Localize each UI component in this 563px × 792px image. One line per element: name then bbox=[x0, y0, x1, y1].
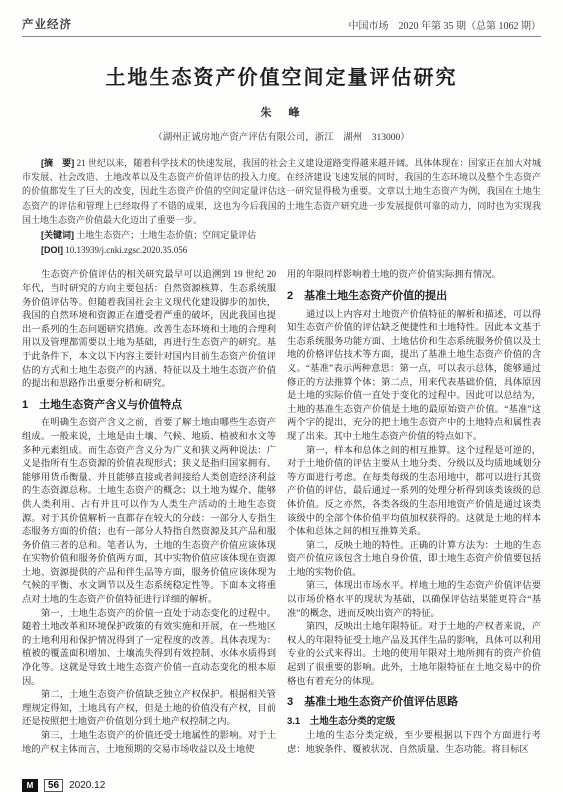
section-1-paragraph: 在明确生态资产含义之前，首要了解土地由哪些生态资产组成。一般来说，土地是由土壤、… bbox=[22, 417, 276, 607]
abstract: [摘 要] 21 世纪以来，随着科学技术的快速发展，我国的社会主义建设道路变得越… bbox=[22, 156, 541, 227]
section-2-heading: 2 基准土地生态资产价值的提出 bbox=[287, 290, 541, 304]
point-4-paragraph: 第四，反映出土地年限特征。对于土地的产权者来说，产权人的年限特征受土地产品及其伴… bbox=[287, 621, 541, 689]
doi: [DOI] 10.13939/j.cnki.zgsc.2020.35.056 bbox=[22, 243, 541, 257]
left-column: 生态资产价值评估的相关研究最早可以追溯到 19 世纪 20 年代，当时研究的方向… bbox=[22, 269, 276, 785]
keywords-label: [关键词] bbox=[41, 230, 74, 240]
footer-date: 2020.12 bbox=[69, 780, 105, 791]
abstract-label: [摘 要] bbox=[41, 158, 74, 168]
keywords-text: 土地生态资产；土地生态价值；空间定量评估 bbox=[76, 230, 256, 240]
section-3-heading: 3 基准土地生态资产价值评估思路 bbox=[287, 696, 541, 710]
section-3-1-paragraph: 土地的生态分类定级，至少要根据以下四个方面进行考虑：地貌条件、覆被状况、自然质量… bbox=[287, 730, 541, 757]
section-2-paragraph: 通过以上内容对土地资产价值特征的解析和描述，可以得知生态资产价值的评估缺乏便捷性… bbox=[287, 309, 541, 445]
intro-paragraph: 生态资产价值评估的相关研究最早可以追溯到 19 世纪 20 年代，当时研究的方向… bbox=[22, 269, 276, 391]
continuation-paragraph: 用的年限同样影响着土地的资产价值实际拥有情况。 bbox=[287, 269, 541, 283]
column-section-label: 产业经济 bbox=[22, 16, 72, 32]
body-columns: 生态资产价值评估的相关研究最早可以追溯到 19 世纪 20 年代，当时研究的方向… bbox=[22, 269, 541, 785]
page-footer: M 56 2020.12 bbox=[22, 779, 105, 792]
journal-logo: M bbox=[22, 779, 38, 792]
journal-issue-info: 中国市场2020 年第 35 期（总第 1062 期） bbox=[349, 17, 542, 32]
section-1-heading: 1 土地生态资产含义与价值特点 bbox=[22, 399, 276, 413]
page-number: 56 bbox=[44, 779, 63, 792]
feature-3-paragraph: 第三，土地生态资产的价值还受土地属性的影响。对于土地的产权主体而言，土地预期的交… bbox=[22, 730, 276, 757]
point-2-paragraph: 第二，反映土地的特性。正确的计算方法为：土地的生态资产价值应该包含土地自身价值，… bbox=[287, 540, 541, 581]
feature-1-paragraph: 第一，土地生态资产的价值一直处于动态变化的过程中。随着土地改革和环境保护政策的有… bbox=[22, 608, 276, 690]
feature-2-paragraph: 第二，土地生态资产价值缺乏独立产权保护。根据相关管理规定得知，土地具有产权，但是… bbox=[22, 689, 276, 730]
article-title: 土地生态资产价值空间定量评估研究 bbox=[22, 61, 541, 90]
journal-logo-letter: M bbox=[27, 781, 34, 790]
author-affiliation: （湖州正诚房地产资产评估有限公司，浙江 湖州 313000） bbox=[22, 129, 541, 143]
doi-text: 10.13939/j.cnki.zgsc.2020.35.056 bbox=[65, 245, 187, 255]
paper-page: 产业经济 中国市场2020 年第 35 期（总第 1062 期） 土地生态资产价… bbox=[0, 0, 563, 792]
keywords: [关键词] 土地生态资产；土地生态价值；空间定量评估 bbox=[22, 228, 541, 242]
journal-name: 中国市场 bbox=[349, 21, 389, 32]
issue-number: 2020 年第 35 期（总第 1062 期） bbox=[399, 21, 542, 32]
author-name: 朱 峰 bbox=[22, 104, 541, 120]
doi-label: [DOI] bbox=[41, 245, 63, 255]
running-head: 产业经济 中国市场2020 年第 35 期（总第 1062 期） bbox=[22, 16, 541, 37]
article-meta: [摘 要] 21 世纪以来，随着科学技术的快速发展，我国的社会主义建设道路变得越… bbox=[22, 156, 541, 257]
right-column: 用的年限同样影响着土地的资产价值实际拥有情况。 2 基准土地生态资产价值的提出 … bbox=[287, 269, 541, 785]
abstract-text: 21 世纪以来，随着科学技术的快速发展，我国的社会主义建设道路变得越来越开阔。具… bbox=[22, 158, 541, 225]
point-1-paragraph: 第一，样本和总体之间的相互推算。这个过程是可逆的，对于土地价值的评估主要从土地分… bbox=[287, 445, 541, 540]
point-3-paragraph: 第三，体现出市场水平。样地土地的生态资产价值评估要以市场价格水平的现状为基础，以… bbox=[287, 580, 541, 621]
section-3-1-heading: 3.1 土地生态分类的定级 bbox=[287, 715, 541, 729]
